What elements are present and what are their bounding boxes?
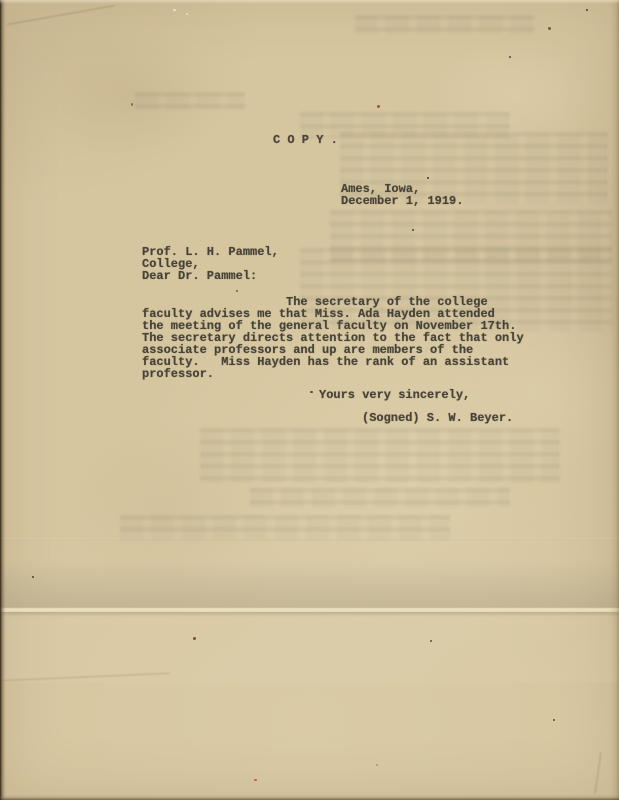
paper-speck bbox=[553, 719, 555, 721]
paper-background: C O P Y . Ames, Iowa, December 1, 1919. … bbox=[0, 0, 619, 800]
bleed-through-text bbox=[200, 428, 560, 483]
page-bottom-edge bbox=[0, 795, 619, 800]
bleed-through-text bbox=[135, 92, 245, 110]
scanned-letter-page: C O P Y . Ames, Iowa, December 1, 1919. … bbox=[0, 0, 619, 800]
bleed-through-text bbox=[250, 488, 510, 508]
paper-stain bbox=[430, 40, 600, 150]
page-left-edge bbox=[0, 0, 6, 800]
paper-speck bbox=[254, 779, 257, 781]
bleed-through-text bbox=[355, 15, 535, 35]
signature-line: (Sogned) S. W. Beyer. bbox=[362, 412, 513, 424]
fold-light-area bbox=[0, 613, 619, 683]
bleed-through-text bbox=[120, 515, 450, 540]
fold-shadow-band bbox=[0, 560, 619, 608]
paper-speck bbox=[173, 9, 176, 11]
paper-speck bbox=[376, 764, 378, 766]
paper-speck bbox=[131, 103, 133, 106]
paper-speck bbox=[509, 56, 511, 58]
minor-crease bbox=[0, 538, 619, 540]
salutation: Dear Dr. Pammel: bbox=[142, 270, 257, 282]
paper-speck bbox=[427, 177, 429, 179]
paper-speck bbox=[412, 229, 414, 231]
letter-body: The secretary of the college faculty adv… bbox=[142, 296, 524, 380]
paper-speck bbox=[586, 9, 588, 11]
paper-speck bbox=[236, 290, 238, 292]
diagonal-crease bbox=[594, 752, 602, 794]
paper-speck bbox=[310, 391, 313, 393]
bleed-through-text bbox=[330, 210, 612, 262]
page-top-edge bbox=[0, 0, 619, 4]
paper-speck bbox=[548, 27, 551, 30]
copy-label: C O P Y . bbox=[273, 134, 338, 146]
closing-line: Yours very sincerely, bbox=[319, 389, 470, 401]
diagonal-crease bbox=[7, 4, 116, 25]
paper-stain bbox=[40, 30, 220, 160]
paper-speck bbox=[186, 13, 188, 15]
paper-speck bbox=[377, 105, 380, 108]
dateline-date: December 1, 1919. bbox=[341, 195, 463, 207]
page-right-edge bbox=[610, 0, 619, 800]
